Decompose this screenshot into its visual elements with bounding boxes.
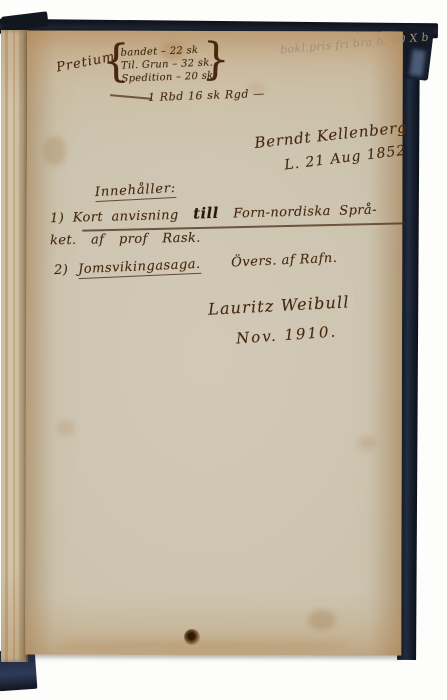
brace-close-glyph: } — [201, 38, 231, 83]
foxing-stain — [308, 610, 336, 630]
book-photo: bokl.pris fri bra h. 40 X b Pretium { ba… — [0, 0, 447, 700]
gutter-page-edges — [1, 30, 28, 662]
item1-emphasis-word: till — [193, 204, 219, 223]
wormhole-spot — [184, 629, 200, 645]
item2-number: 2) — [54, 263, 69, 279]
bottom-edge-toning — [60, 640, 350, 650]
foxing-stain — [44, 136, 66, 166]
foxing-stain — [358, 436, 376, 450]
foxing-stain — [56, 420, 76, 436]
contents-item-1-continuation: ket. af prof Rask. — [50, 231, 201, 249]
